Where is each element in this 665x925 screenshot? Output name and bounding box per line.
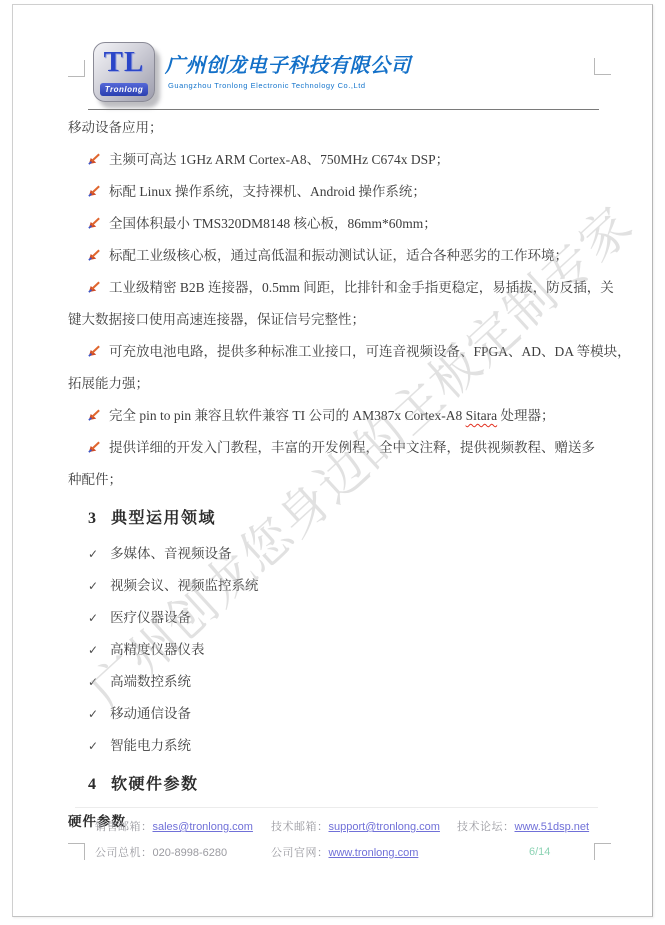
tech-email-label: 技术邮箱： (271, 821, 329, 833)
section-heading-applications: 3典型运用领域 (68, 500, 608, 538)
sales-email-link[interactable]: sales@tronlong.com (153, 821, 253, 833)
list-item-text: 高端数控系统 (110, 674, 191, 689)
bullet-continuation: 种配件； (68, 464, 608, 496)
bullet-text: 全国体积最小 TMS320DM8148 核心板，86mm*60mm； (109, 216, 437, 231)
arrow-bullet-icon (88, 185, 100, 197)
forum-label: 技术论坛： (457, 821, 515, 833)
site-label: 公司官网： (271, 847, 329, 859)
company-name-en: Guangzhou Tronlong Electronic Technology… (168, 81, 366, 90)
footer-forum: 技术论坛：www.51dsp.net (457, 818, 589, 834)
feature-bullet: 全国体积最小 TMS320DM8148 核心板，86mm*60mm； (68, 208, 608, 240)
arrow-bullet-icon (88, 345, 100, 357)
check-icon (88, 570, 98, 602)
section-heading-parameters: 4软硬件参数 (68, 766, 608, 804)
bullet-text: 标配 Linux 操作系统，支持裸机、Android 操作系统； (109, 184, 426, 199)
header-divider (88, 109, 599, 110)
footer-sales: 销售邮箱：sales@tronlong.com (95, 818, 271, 834)
footer-site: 公司官网：www.tronlong.com (271, 844, 457, 860)
margin-mark-bottom-left-icon (68, 843, 85, 860)
company-name-cn: 广州创龙电子科技有限公司 (165, 49, 411, 78)
sales-email-label: 销售邮箱： (95, 821, 153, 833)
list-item-text: 智能电力系统 (110, 738, 191, 753)
check-icon (88, 602, 98, 634)
document-page: TL Tronlong 广州创龙电子科技有限公司 Guangzhou Tronl… (12, 4, 653, 917)
check-icon (88, 666, 98, 698)
footer-row-2: 公司总机：020-8998-6280 公司官网：www.tronlong.com… (95, 839, 600, 865)
phone-number: 020-8998-6280 (153, 847, 228, 859)
forum-link[interactable]: www.51dsp.net (515, 821, 590, 833)
list-item-text: 视频会议、视频监控系统 (110, 578, 259, 593)
spellcheck-flagged-word: Sitara (466, 408, 498, 423)
list-item-text: 多媒体、音视频设备 (110, 546, 232, 561)
logo-tl-text: TL (94, 46, 154, 79)
document-body: 移动设备应用； 主频可高达 1GHz ARM Cortex-A8、750MHz … (68, 112, 608, 838)
feature-bullet: 可充放电池电路，提供多种标准工业接口，可连音视频设备、FPGA、AD、DA 等模… (68, 336, 608, 368)
application-list-item: 视频会议、视频监控系统 (68, 570, 608, 602)
bullet-text: 提供详细的开发入门教程，丰富的开发例程，全中文注释，提供视频教程、赠送多 (109, 440, 595, 455)
section-number: 3 (68, 510, 96, 527)
bullet-text: 完全 pin to pin 兼容且软件兼容 TI 公司的 AM387x Cort… (109, 408, 466, 423)
arrow-bullet-icon (88, 249, 100, 261)
application-list-item: 多媒体、音视频设备 (68, 538, 608, 570)
bullet-text: 可充放电池电路，提供多种标准工业接口，可连音视频设备、FPGA、AD、DA 等模… (109, 344, 631, 359)
list-item-text: 移动通信设备 (110, 706, 191, 721)
site-link[interactable]: www.tronlong.com (329, 847, 419, 859)
paragraph-continuation: 移动设备应用； (68, 112, 608, 144)
footer-phone: 公司总机：020-8998-6280 (95, 844, 271, 860)
arrow-bullet-icon (88, 217, 100, 229)
page-footer: 销售邮箱：sales@tronlong.com 技术邮箱：support@tro… (95, 813, 600, 865)
feature-bullet: 标配 Linux 操作系统，支持裸机、Android 操作系统； (68, 176, 608, 208)
feature-bullet: 完全 pin to pin 兼容且软件兼容 TI 公司的 AM387x Cort… (68, 400, 608, 432)
margin-mark-top-right-icon (594, 58, 611, 75)
arrow-bullet-icon (88, 153, 100, 165)
arrow-bullet-icon (88, 281, 100, 293)
feature-bullet: 主频可高达 1GHz ARM Cortex-A8、750MHz C674x DS… (68, 144, 608, 176)
footer-tech: 技术邮箱：support@tronlong.com (271, 818, 457, 834)
footer-row-1: 销售邮箱：sales@tronlong.com 技术邮箱：support@tro… (95, 813, 600, 839)
feature-bullet: 标配工业级核心板，通过高低温和振动测试认证，适合各种恶劣的工作环境； (68, 240, 608, 272)
application-list-item: 医疗仪器设备 (68, 602, 608, 634)
check-icon (88, 730, 98, 762)
bullet-text: 主频可高达 1GHz ARM Cortex-A8、750MHz C674x DS… (109, 152, 449, 167)
check-icon (88, 538, 98, 570)
bullet-text: 标配工业级核心板，通过高低温和振动测试认证，适合各种恶劣的工作环境； (109, 248, 568, 263)
arrow-bullet-icon (88, 441, 100, 453)
phone-label: 公司总机： (95, 847, 153, 859)
section-number: 4 (68, 776, 96, 793)
application-list-item: 高精度仪器仪表 (68, 634, 608, 666)
check-icon (88, 698, 98, 730)
section-title: 软硬件参数 (111, 776, 199, 793)
application-list-item: 智能电力系统 (68, 730, 608, 762)
feature-bullet: 工业级精密 B2B 连接器，0.5mm 间距，比排针和金手指更稳定，易插拔，防反… (68, 272, 608, 304)
section-title: 典型运用领域 (111, 510, 216, 527)
tronlong-logo: TL Tronlong (93, 42, 155, 102)
bullet-text: 处理器； (497, 408, 554, 423)
application-list-item: 高端数控系统 (68, 666, 608, 698)
list-item-text: 医疗仪器设备 (110, 610, 191, 625)
arrow-bullet-icon (88, 409, 100, 421)
bullet-continuation: 键大数据接口使用高速连接器，保证信号完整性； (68, 304, 608, 336)
tech-email-link[interactable]: support@tronlong.com (329, 821, 440, 833)
check-icon (88, 634, 98, 666)
feature-bullet: 提供详细的开发入门教程，丰富的开发例程，全中文注释，提供视频教程、赠送多 (68, 432, 608, 464)
bullet-continuation: 拓展能力强； (68, 368, 608, 400)
application-list-item: 移动通信设备 (68, 698, 608, 730)
page-number: 6/14 (529, 846, 550, 858)
margin-mark-top-left-icon (68, 60, 85, 77)
list-item-text: 高精度仪器仪表 (110, 642, 205, 657)
bullet-text: 工业级精密 B2B 连接器，0.5mm 间距，比排针和金手指更稳定，易插拔，防反… (109, 280, 614, 295)
logo-brand-text: Tronlong (100, 83, 148, 96)
